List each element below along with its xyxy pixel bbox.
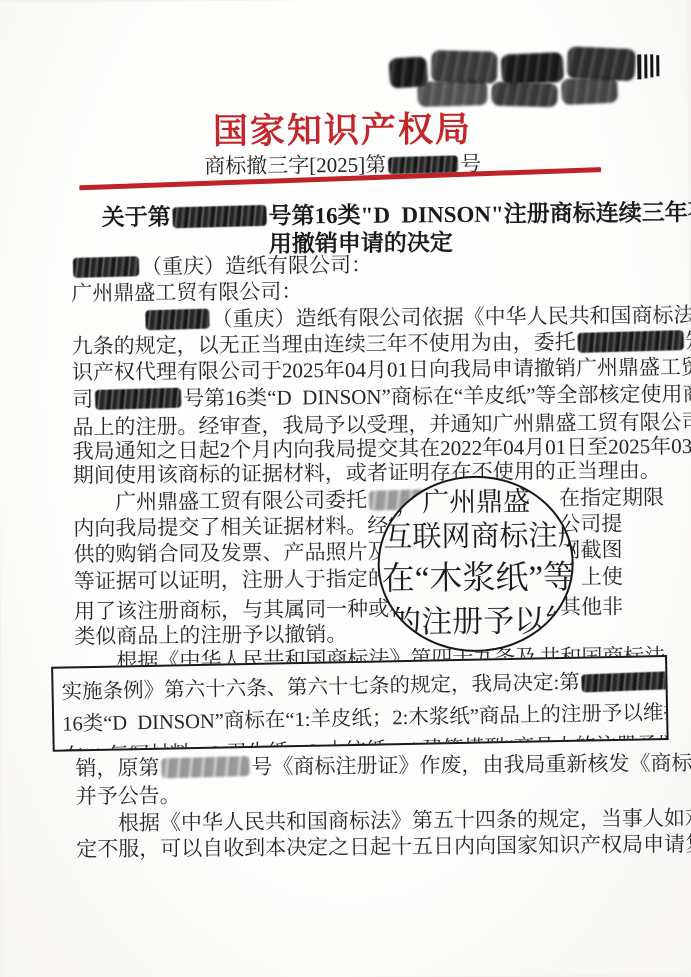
barcode-bar [650, 54, 653, 77]
body-text: 上使 [581, 564, 623, 590]
redaction-mark [145, 309, 210, 331]
body-line: 期间使用该商标的证据材料，或者证明存在不使用的正当理由。 [73, 458, 622, 489]
redaction-mark [388, 155, 458, 174]
redaction-mark [581, 671, 668, 693]
doc-number-prefix: 商标撤三字[2025]第 [204, 153, 386, 179]
redaction-mark [73, 256, 140, 278]
decision-callout-box: 实施条例》第六十六条、第六十七条的规定，我局决定:第号第 16类“D DINSO… [51, 655, 669, 752]
body-text: 号《商标注册证》作废，由我局重新核发《商标注册证》， [251, 750, 691, 779]
barcode-icon [637, 54, 659, 79]
body-text: 知 [686, 329, 691, 353]
body-text: 号第16类“D DINSON”商标在“羊皮纸”等全部核定使用商 [183, 382, 691, 411]
barcode-bar [656, 55, 659, 76]
redaction-mark [95, 388, 181, 410]
body-text: 九条的规定，以无正当理由连续三年不使用为由，委托 [72, 330, 576, 358]
body-text: （重庆）造纸有限公司依据《中华人民共和国商标法》第四十 [211, 302, 691, 331]
redaction-mark-light [161, 756, 249, 778]
body-text: 广州鼎盛工贸有限公司委托 [115, 488, 367, 514]
redaction-mark [172, 205, 267, 228]
body-line: 司号第16类“D DINSON”商标在“羊皮纸”等全部核定使用商 [72, 382, 621, 413]
magnified-text: 在“木浆纸”等 [382, 551, 575, 600]
barcode-bar [637, 54, 641, 79]
body-line: 定不服，可以自收到本决定之日起十五日内向国家知识产权局申请复审。 [76, 832, 625, 863]
body-line: 并予公告。 [76, 779, 625, 810]
magnified-text: 的注册予以维 [390, 595, 574, 642]
magnified-text: 互联网商标注册 [383, 513, 574, 556]
body-line: 识产权代理有限公司于2025年04月01日向我局申请撤销广州鼎盛工贸有限公 [72, 355, 621, 386]
body-text: 销，原第 [75, 756, 159, 781]
body-text: 司 [72, 387, 93, 411]
body-line: 销，原第号《商标注册证》作废，由我局重新核发《商标注册证》， [75, 751, 624, 782]
redaction-blob [431, 50, 498, 84]
redaction-mark [577, 330, 683, 353]
redaction-blob [501, 52, 564, 85]
document-photo: 国家知识产权局 商标撤三字[2025]第号 关于第号第16类"D DINSON"… [0, 0, 691, 977]
barcode-bar [644, 54, 647, 78]
body-text: 在指定期限 [559, 484, 664, 511]
body-text: （重庆）造纸有限公司： [141, 253, 372, 279]
magnifier-circle-overlay: ，广州鼎盛 互联网商标注册 在“木浆纸”等 的注册予以维 [377, 475, 575, 653]
addressee-line: 广州鼎盛工贸有限公司： [71, 276, 620, 307]
redaction-blob [567, 46, 636, 81]
